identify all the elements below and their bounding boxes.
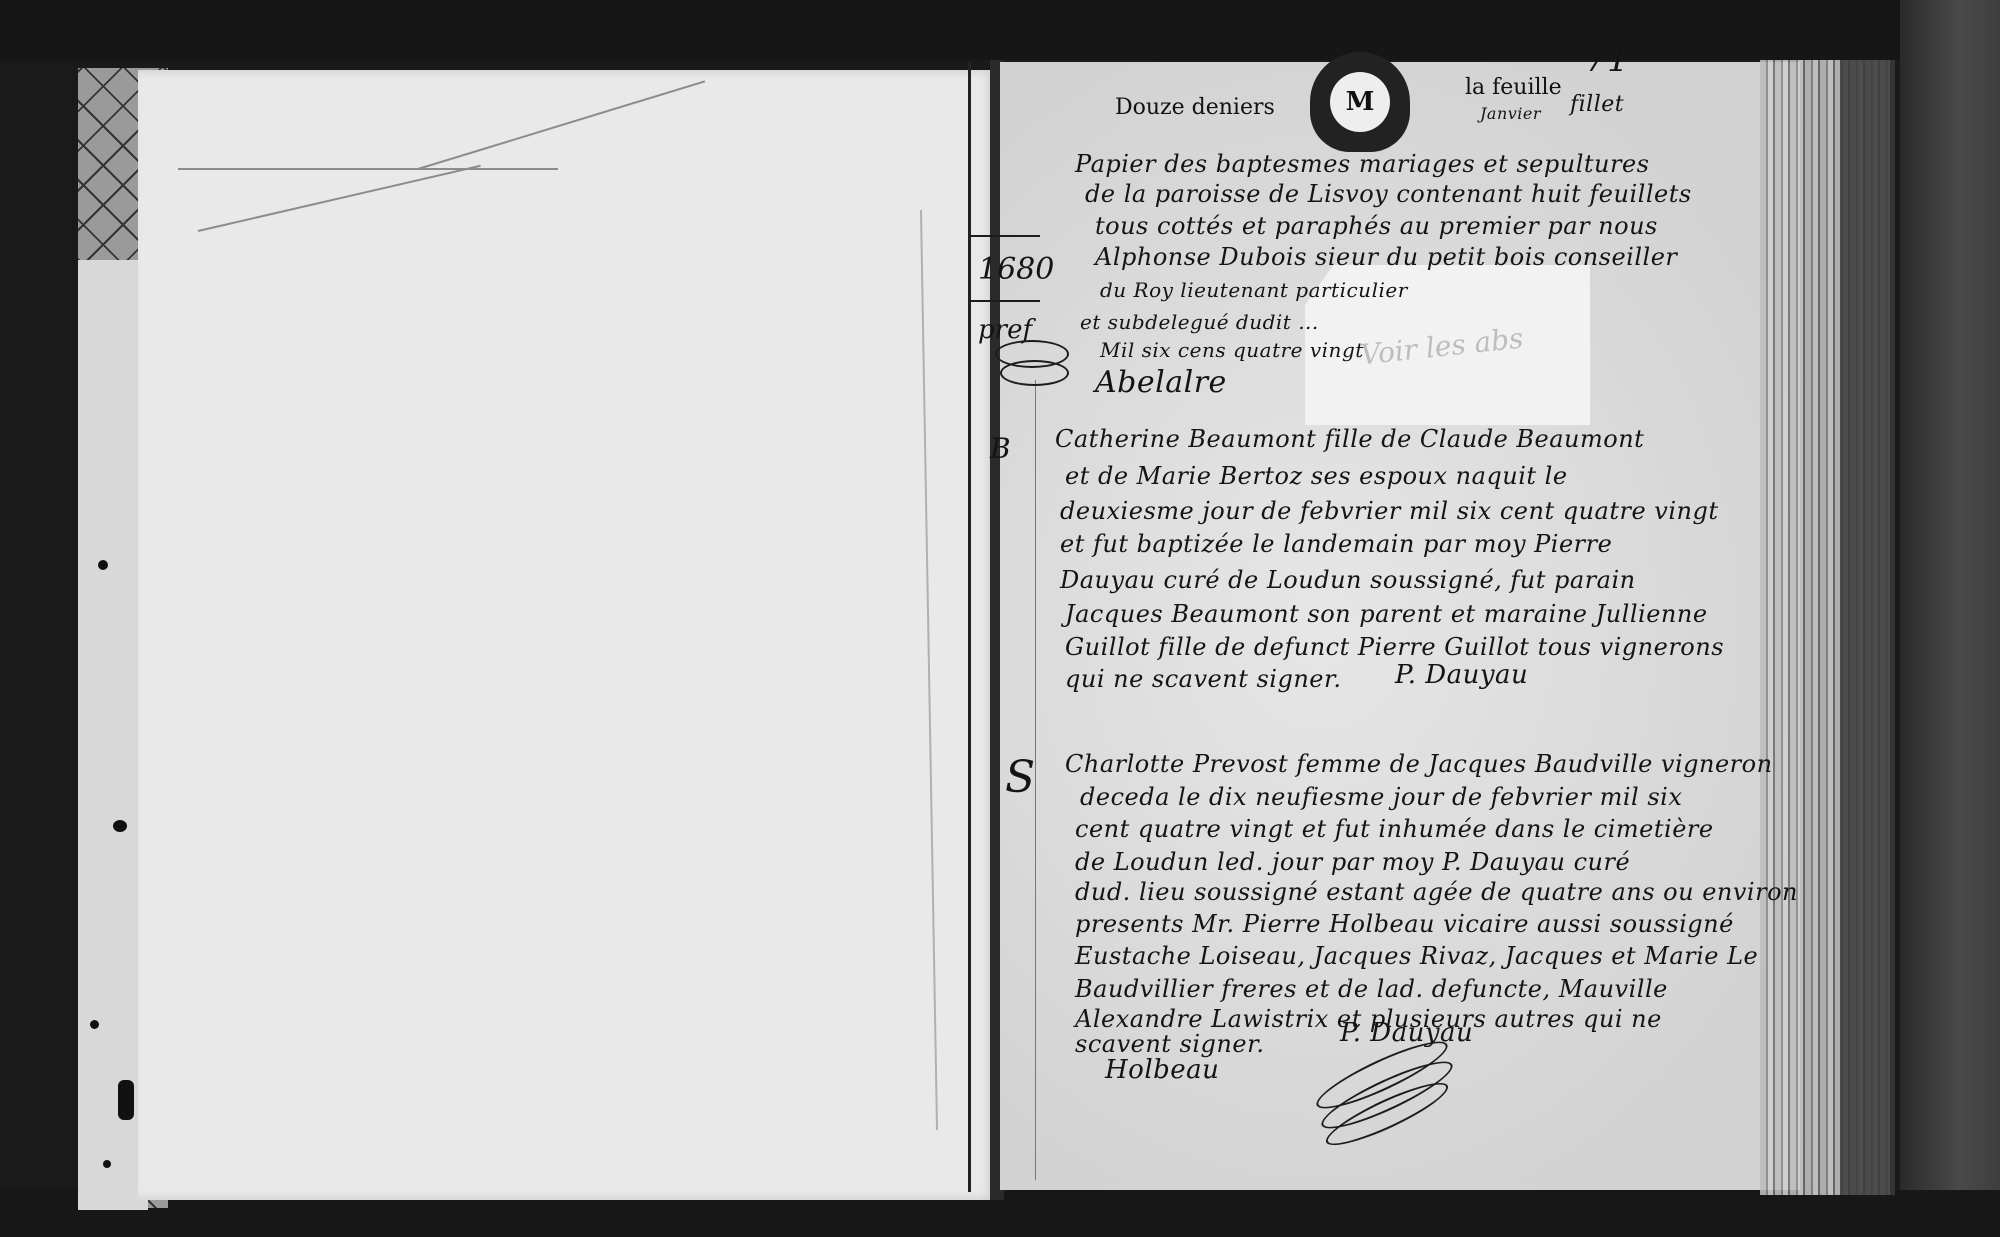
paper-fold-line — [178, 168, 558, 170]
stain — [90, 1020, 99, 1029]
entry-line: Dauyau curé de Loudun soussigné, fut par… — [1060, 566, 1636, 594]
year-box-rule — [970, 300, 1040, 302]
scan-background-right — [1900, 0, 2000, 1237]
stain — [103, 1160, 111, 1168]
generality-stamp: M — [1310, 52, 1410, 152]
printed-tax-label: Douze deniers — [1115, 95, 1275, 120]
entry-line: deceda le dix neufiesme jour de febvrier… — [1080, 783, 1682, 811]
paper-fold-line — [198, 165, 481, 232]
entry-line: deuxiesme jour de febvrier mil six cent … — [1060, 497, 1719, 525]
folio-number: 71 — [1585, 40, 1629, 80]
entry-line: et fut baptizée le landemain par moy Pie… — [1060, 530, 1612, 558]
entry-line: Jacques Beaumont son parent et maraine J… — [1065, 600, 1708, 628]
entry-line: Charlotte Prevost femme de Jacques Baudv… — [1065, 750, 1773, 778]
left-blank-page — [138, 70, 996, 1200]
priest-signature: P. Dauyau — [1340, 1018, 1473, 1048]
vicar-signature: Holbeau — [1105, 1055, 1219, 1085]
month-note: Janvier — [1480, 104, 1541, 123]
entry-line: et subdelegué dudit ... — [1080, 310, 1319, 334]
paper-fold-line — [418, 80, 705, 170]
scan-background-top — [0, 0, 2000, 60]
margin-year: 1680 — [978, 252, 1054, 287]
entry-line: presents Mr. Pierre Holbeau vicaire auss… — [1075, 910, 1734, 938]
margin-paraph — [1000, 360, 1069, 386]
entry-line: Alphonse Dubois sieur du petit bois cons… — [1095, 243, 1677, 271]
entry-2-margin-mark: S — [1005, 752, 1035, 803]
entry-line: scavent signer. — [1075, 1030, 1265, 1058]
margin-rule — [968, 62, 971, 1192]
official-signature: Abelalre — [1095, 365, 1227, 400]
entry-line: du Roy lieutenant particulier — [1100, 278, 1408, 302]
stamp-monogram: M — [1330, 72, 1390, 132]
entry-line: qui ne scavent signer. — [1065, 665, 1341, 693]
entry-line: de la paroisse de Lisvoy contenant huit … — [1085, 180, 1692, 208]
entry-line: dud. lieu soussigné estant agée de quatr… — [1075, 878, 1798, 906]
page-crease — [920, 210, 938, 1130]
stain — [98, 560, 108, 570]
entry-line: de Loudun led. jour par moy P. Dauyau cu… — [1075, 848, 1630, 876]
entry-1-margin-mark: B — [990, 432, 1011, 465]
stain — [113, 820, 127, 832]
entry-line: Catherine Beaumont fille de Claude Beaum… — [1055, 425, 1644, 453]
entry-line: Mil six cens quatre vingt — [1100, 338, 1364, 362]
year-box-rule — [970, 235, 1040, 237]
binding-edge-right — [1840, 60, 1895, 1195]
entry-line: Eustache Loiseau, Jacques Rivaz, Jacques… — [1075, 942, 1758, 970]
stain — [118, 1080, 134, 1120]
entry-line: Baudvillier freres et de lad. defuncte, … — [1075, 975, 1668, 1003]
printed-per-sheet-label: la feuille — [1465, 75, 1562, 100]
entry-line: cent quatre vingt et fut inhumée dans le… — [1075, 815, 1714, 843]
entry-line: tous cottés et paraphés au premier par n… — [1095, 212, 1658, 240]
corner-note: fillet — [1570, 92, 1624, 117]
entry-line: Papier des baptesmes mariages et sepultu… — [1075, 150, 1649, 178]
entry-line: et de Marie Bertoz ses espoux naquit le — [1065, 462, 1568, 490]
priest-signature: P. Dauyau — [1395, 660, 1528, 690]
entry-line: Guillot fille de defunct Pierre Guillot … — [1065, 633, 1724, 661]
